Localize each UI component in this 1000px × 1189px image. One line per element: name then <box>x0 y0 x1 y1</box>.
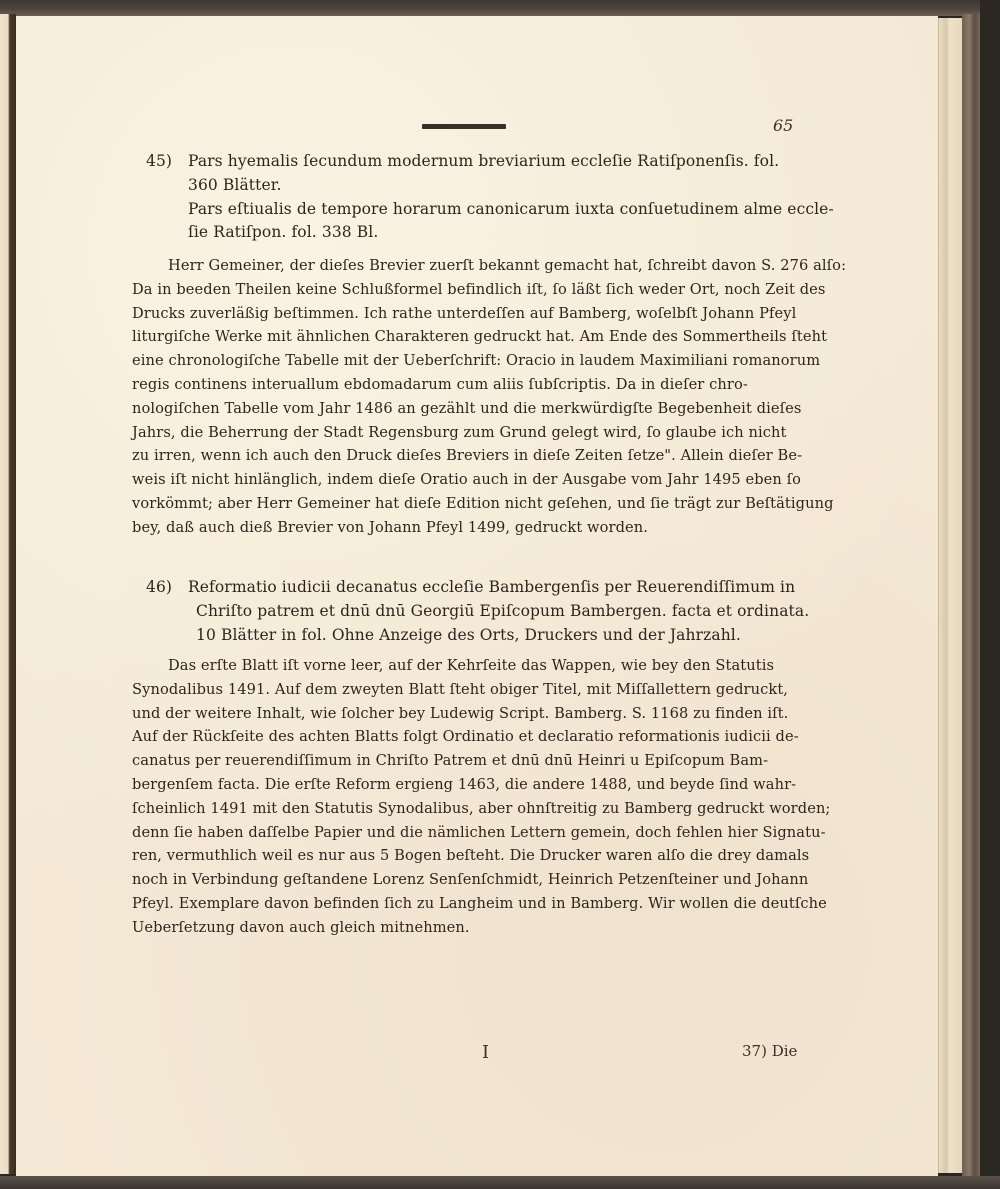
body-line: bergenſem facta. Die erſte Reform ergien… <box>132 773 830 797</box>
body-line: Ueberſetzung davon auch gleich mitnehmen… <box>132 916 830 940</box>
body-line: Das erſte Blatt iſt vorne leer, auf der … <box>132 654 830 678</box>
body-line: Jahrs, die Beherrung der Stadt Regensbur… <box>132 421 846 445</box>
entry-46-body: Das erſte Blatt iſt vorne leer, auf der … <box>132 654 830 940</box>
body-line: eine chronologiſche Tabelle mit der Uebe… <box>132 349 846 373</box>
body-line: denn ſie haben daſſelbe Papier und die n… <box>132 821 830 845</box>
entry-46-number: 46) <box>146 576 188 600</box>
body-line: ſcheinlich 1491 mit den Statutis Synodal… <box>132 797 830 821</box>
entry-46-heading: 46)Reformatio iudicii decanatus eccleſie… <box>146 576 809 647</box>
catchword: 37) Die <box>742 1042 797 1060</box>
entry-45-title-line: 360 Blätter. <box>146 174 834 198</box>
body-line: liturgiſche Werke mit ähnlichen Charakte… <box>132 325 846 349</box>
body-line: bey, daß auch dieß Brevier von Johann Pf… <box>132 516 846 540</box>
body-line: ren, vermuthlich weil es nur aus 5 Bogen… <box>132 844 830 868</box>
body-line: nologiſchen Tabelle vom Jahr 1486 an gez… <box>132 397 846 421</box>
body-line: Herr Gemeiner, der dieſes Brevier zuerſt… <box>132 254 846 278</box>
entry-45-body: Herr Gemeiner, der dieſes Brevier zuerſt… <box>132 254 846 540</box>
body-line: weis iſt nicht hinlänglich, indem dieſe … <box>132 468 846 492</box>
signature-mark: I <box>482 1042 489 1063</box>
book-cover-bottom <box>0 1176 1000 1189</box>
entry-45-heading: 45)Pars hyemalis ſecundum modernum brevi… <box>146 150 834 245</box>
body-line: regis continens interuallum ebdomadarum … <box>132 373 846 397</box>
entry-45-number: 45) <box>146 150 188 174</box>
body-line: Drucks zuverläßig beſtimmen. Ich rathe u… <box>132 302 846 326</box>
body-line: zu irren, wenn ich auch den Druck dieſes… <box>132 444 846 468</box>
body-line: Auf der Rückſeite des achten Blatts folg… <box>132 725 830 749</box>
book-cover-top <box>0 0 1000 16</box>
book-cover-right <box>962 14 980 1176</box>
body-line: Pfeyl. Exemplare davon befinden ſich zu … <box>132 892 830 916</box>
entry-45-title-line: ſie Ratiſpon. fol. 338 Bl. <box>146 221 834 245</box>
body-line: Synodalibus 1491. Auf dem zweyten Blatt … <box>132 678 830 702</box>
page-edges-right <box>938 18 963 1173</box>
body-line: canatus per reuerendiſſimum in Chriſto P… <box>132 749 830 773</box>
background-right <box>980 0 1000 1189</box>
page-number: 65 <box>773 116 793 135</box>
body-line: vorkömmt; aber Herr Gemeiner hat dieſe E… <box>132 492 846 516</box>
entry-46-title-line: Chriſto patrem et dnū dnū Georgiū Epiſco… <box>146 600 809 624</box>
body-line: noch in Verbindung geſtandene Lorenz Sen… <box>132 868 830 892</box>
entry-46-title-line: 10 Blätter in fol. Ohne Anzeige des Orts… <box>146 624 809 648</box>
body-line: und der weitere Inhalt, wie ſolcher bey … <box>132 702 830 726</box>
entry-45-title-line: Pars eſtiualis de tempore horarum canoni… <box>146 198 834 222</box>
body-line: Da in beeden Theilen keine Schlußformel … <box>132 278 846 302</box>
header-rule <box>422 124 506 129</box>
entry-45-title-line: Pars hyemalis ſecundum modernum breviari… <box>188 152 779 170</box>
book-gutter-left <box>0 14 16 1174</box>
entry-46-title-line: Reformatio iudicii decanatus eccleſie Ba… <box>188 578 795 596</box>
